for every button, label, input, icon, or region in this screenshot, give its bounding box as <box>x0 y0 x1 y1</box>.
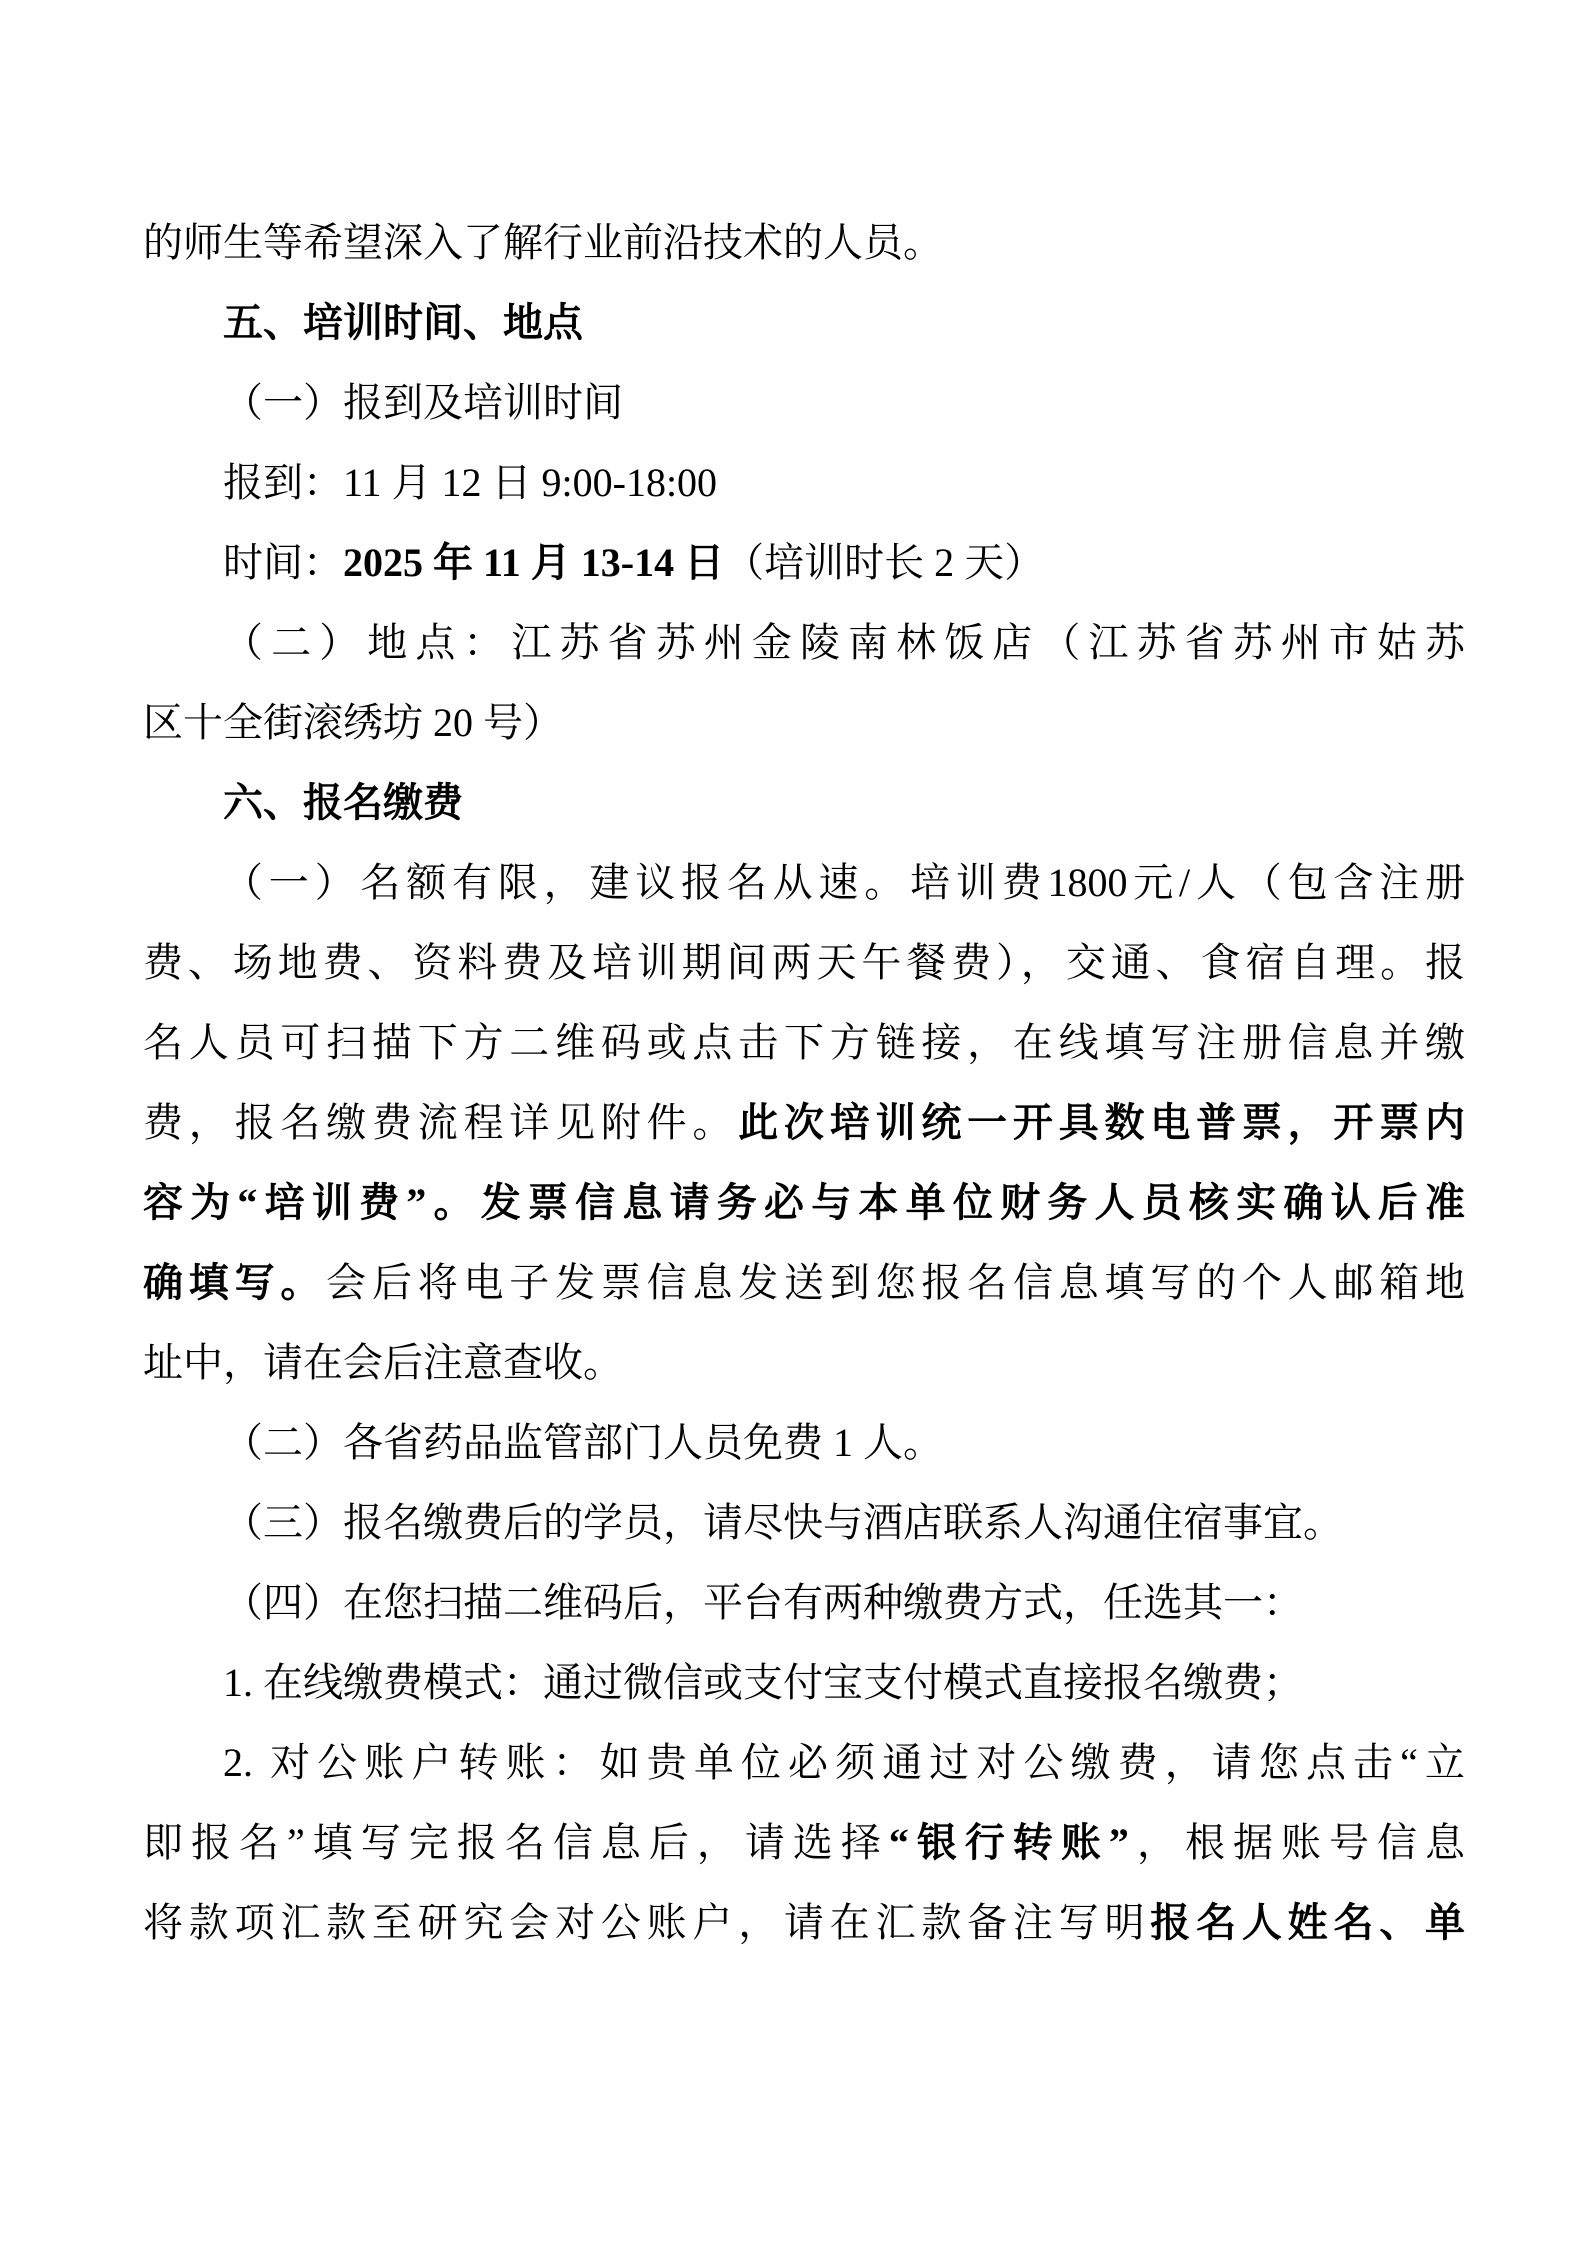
document-page: 的师生等希望深入了解行业前沿技术的人员。五、培训时间、地点（一）报到及培训时间报… <box>0 0 1587 2245</box>
text-run: 费、场地费、资料费及培训期间两天午餐费），交通、食宿自理。报 <box>143 940 1465 985</box>
bold-text-run: “银行转账” <box>889 1820 1129 1865</box>
text-run: 址中，请在会后注意查收。 <box>143 1340 623 1385</box>
paragraph-line: 容为“培训费”。发票信息请务必与本单位财务人员核实确认后准 <box>143 1163 1465 1243</box>
paragraph-line: 即报名”填写完报名信息后，请选择“银行转账”，根据账号信息 <box>143 1803 1465 1883</box>
text-run: （一）报到及培训时间 <box>223 380 623 425</box>
text-run: （二）各省药品监管部门人员免费 1 人。 <box>223 1420 943 1465</box>
paragraph-line: （三）报名缴费后的学员，请尽快与酒店联系人沟通住宿事宜。 <box>143 1483 1465 1563</box>
bold-text-run: 确填写。 <box>143 1260 326 1305</box>
paragraph-line: 报到：11 月 12 日 9:00-18:00 <box>143 443 1465 523</box>
text-run: ，根据账号信息 <box>1129 1820 1465 1865</box>
bold-text-run: 容为“培训费”。发票信息请务必与本单位财务人员核实确认后准 <box>143 1180 1465 1225</box>
text-run: 的师生等希望深入了解行业前沿技术的人员。 <box>143 220 943 265</box>
text-run: 区十全街滚绣坊 20 号） <box>143 700 563 745</box>
text-run: 名人员可扫描下方二维码或点击下方链接，在线填写注册信息并缴 <box>143 1020 1465 1065</box>
bold-text-run: 报名人姓名、单 <box>1150 1900 1465 1945</box>
bold-text-run: 2025 年 11 月 13-14 日 <box>343 540 724 585</box>
text-run: （培训时长 2 天） <box>724 540 1044 585</box>
paragraph-line: 确填写。会后将电子发票信息发送到您报名信息填写的个人邮箱地 <box>143 1243 1465 1323</box>
paragraph-line: （二）各省药品监管部门人员免费 1 人。 <box>143 1403 1465 1483</box>
bold-text-run: 此次培训统一开具数电普票，开票内 <box>738 1100 1465 1145</box>
paragraph-line: 名人员可扫描下方二维码或点击下方链接，在线填写注册信息并缴 <box>143 1003 1465 1083</box>
paragraph-line: 址中，请在会后注意查收。 <box>143 1323 1465 1403</box>
text-run: 报到：11 月 12 日 9:00-18:00 <box>223 460 717 505</box>
bold-text-run: 六、报名缴费 <box>223 781 463 825</box>
paragraph-line: （一）报到及培训时间 <box>143 363 1465 443</box>
text-run: 时间： <box>223 540 343 585</box>
section-heading: 五、培训时间、地点 <box>143 283 1465 363</box>
paragraph-line: （二）地点：江苏省苏州金陵南林饭店（江苏省苏州市姑苏 <box>143 603 1465 683</box>
paragraph-line: 时间：2025 年 11 月 13-14 日（培训时长 2 天） <box>143 523 1465 603</box>
paragraph-line: 将款项汇款至研究会对公账户，请在汇款备注写明报名人姓名、单 <box>143 1883 1465 1963</box>
text-run: （四）在您扫描二维码后，平台有两种缴费方式，任选其一： <box>223 1580 1303 1625</box>
paragraph-line: 区十全街滚绣坊 20 号） <box>143 683 1465 763</box>
text-run: 即报名”填写完报名信息后，请选择 <box>143 1820 889 1865</box>
paragraph-line: （一）名额有限，建议报名从速。培训费1800元/人（包含注册 <box>143 843 1465 923</box>
text-run: （三）报名缴费后的学员，请尽快与酒店联系人沟通住宿事宜。 <box>223 1500 1343 1545</box>
text-run: 将款项汇款至研究会对公账户，请在汇款备注写明 <box>143 1900 1150 1945</box>
paragraph-line: 费，报名缴费流程详见附件。此次培训统一开具数电普票，开票内 <box>143 1083 1465 1163</box>
text-run: 2. 对公账户转账：如贵单位必须通过对公缴费，请您点击“立 <box>223 1740 1465 1785</box>
text-run: （一）名额有限，建议报名从速。培训费1800元/人（包含注册 <box>223 860 1465 905</box>
section-heading: 六、报名缴费 <box>143 763 1465 843</box>
paragraph-line: 的师生等希望深入了解行业前沿技术的人员。 <box>143 203 1465 283</box>
text-run: 会后将电子发票信息发送到您报名信息填写的个人邮箱地 <box>326 1260 1465 1305</box>
paragraph-line: （四）在您扫描二维码后，平台有两种缴费方式，任选其一： <box>143 1563 1465 1643</box>
text-run: 1. 在线缴费模式：通过微信或支付宝支付模式直接报名缴费； <box>223 1660 1303 1705</box>
bold-text-run: 五、培训时间、地点 <box>223 301 583 345</box>
paragraph-line: 费、场地费、资料费及培训期间两天午餐费），交通、食宿自理。报 <box>143 923 1465 1003</box>
paragraph-line: 1. 在线缴费模式：通过微信或支付宝支付模式直接报名缴费； <box>143 1643 1465 1723</box>
text-run: 费，报名缴费流程详见附件。 <box>143 1100 738 1145</box>
paragraph-line: 2. 对公账户转账：如贵单位必须通过对公缴费，请您点击“立 <box>143 1723 1465 1803</box>
text-run: （二）地点：江苏省苏州金陵南林饭店（江苏省苏州市姑苏 <box>223 620 1465 665</box>
